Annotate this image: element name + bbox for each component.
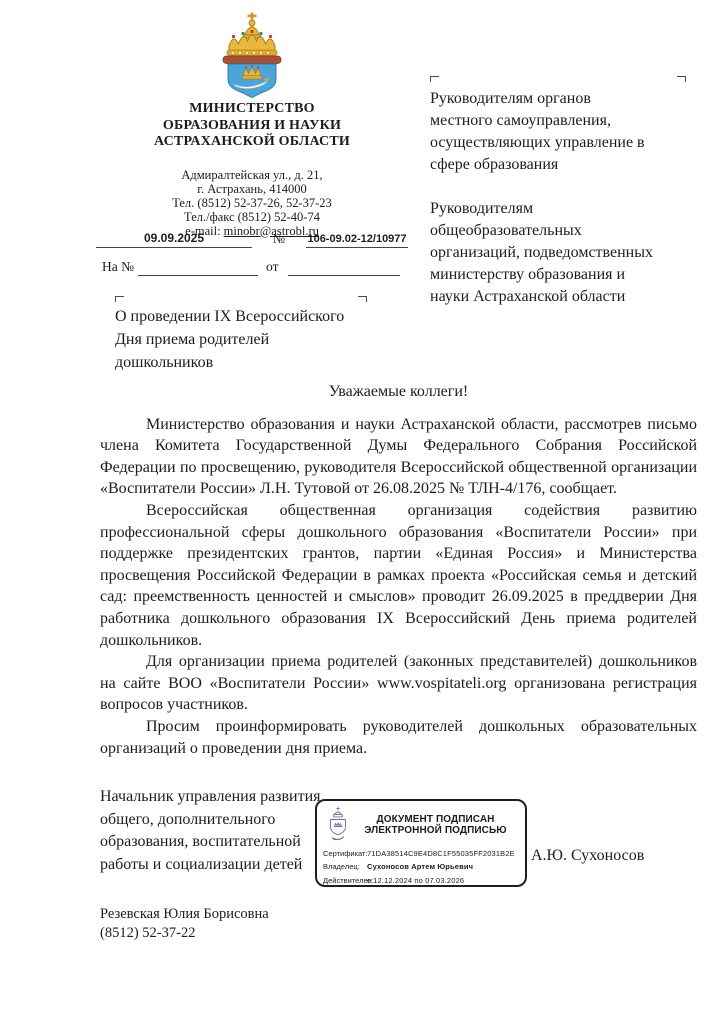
executor-contact: Резевская Юлия Борисовна (8512) 52-37-22 bbox=[100, 905, 269, 942]
address-line: г. Астрахань, 414000 bbox=[96, 182, 408, 196]
reference-row: На № от bbox=[102, 259, 410, 276]
corner-mark-icon bbox=[358, 296, 367, 302]
ministry-address: Адмиралтейская ул., д. 21, г. Астрахань,… bbox=[96, 168, 408, 238]
stamp-validity-value: с 12.12.2024 по 07.03.2026 bbox=[367, 876, 464, 885]
recipient-block: Руководителям органов местного самоуправ… bbox=[430, 76, 686, 308]
stamp-header: ДОКУМЕНТ ПОДПИСАН ЭЛЕКТРОННОЙ ПОДПИСЬЮ bbox=[323, 806, 518, 844]
body-paragraph: Всероссийская общественная организация с… bbox=[100, 500, 697, 651]
body-paragraph: Министерство образования и науки Астраха… bbox=[100, 414, 697, 500]
ministry-title-line: МИНИСТЕРСТВО bbox=[96, 101, 408, 118]
stamp-title-line: ДОКУМЕНТ ПОДПИСАН bbox=[353, 814, 518, 826]
address-line: Тел./факс (8512) 52-40-74 bbox=[96, 210, 408, 224]
subject-line: О проведении IX Всероссийского bbox=[115, 305, 367, 328]
stamp-owner-value: Сухоносов Артем Юрьевич bbox=[367, 862, 473, 871]
recipient-line: сфере образования bbox=[430, 154, 686, 176]
electronic-signature-stamp: ДОКУМЕНТ ПОДПИСАН ЭЛЕКТРОННОЙ ПОДПИСЬЮ С… bbox=[315, 799, 527, 887]
address-line: Тел. (8512) 52-37-26, 52-37-23 bbox=[96, 196, 408, 210]
stamp-owner-label: Владелец: bbox=[323, 862, 367, 871]
letterhead: МИНИСТЕРСТВО ОБРАЗОВАНИЯ И НАУКИ АСТРАХА… bbox=[96, 12, 408, 238]
corner-mark-icon bbox=[430, 76, 439, 82]
recipient-line: министерству образования и bbox=[430, 264, 686, 286]
ref-number-blank bbox=[138, 259, 258, 276]
recipient-line: организаций, подведомственных bbox=[430, 242, 686, 264]
ref-date-blank bbox=[288, 259, 400, 276]
recipient-line: осуществляющих управление в bbox=[430, 132, 686, 154]
letter-page: МИНИСТЕРСТВО ОБРАЗОВАНИЯ И НАУКИ АСТРАХА… bbox=[0, 0, 724, 1024]
subject-line: Дня приема родителей bbox=[115, 328, 367, 351]
corner-mark-icon bbox=[115, 296, 124, 302]
subject-block: О проведении IX Всероссийского Дня прием… bbox=[115, 296, 367, 374]
recipient-group-1: Руководителям органов местного самоуправ… bbox=[430, 88, 686, 176]
stamp-details: Сертификат: 71DA38514C9E4D8C1F55035FF203… bbox=[323, 849, 518, 885]
ref-from-label: от bbox=[266, 259, 282, 276]
recipient-group-2: Руководителям общеобразовательных органи… bbox=[430, 198, 686, 308]
executor-name: Резевская Юлия Борисовна bbox=[100, 905, 269, 924]
stamp-owner-row: Владелец: Сухоносов Артем Юрьевич bbox=[323, 862, 518, 871]
salutation: Уважаемые коллеги! bbox=[100, 381, 697, 403]
recipient-line: Руководителям органов bbox=[430, 88, 686, 110]
address-line: Адмиралтейская ул., д. 21, bbox=[96, 168, 408, 182]
stamp-title: ДОКУМЕНТ ПОДПИСАН ЭЛЕКТРОННОЙ ПОДПИСЬЮ bbox=[353, 814, 518, 837]
astrakhan-coat-of-arms-icon bbox=[202, 12, 302, 98]
executor-phone: (8512) 52-37-22 bbox=[100, 924, 269, 943]
letter-number: 106-09.02-12/10977 bbox=[306, 233, 408, 248]
corner-mark-icon bbox=[677, 76, 686, 82]
stamp-validity-row: Действителен: с 12.12.2024 по 07.03.2026 bbox=[323, 876, 518, 885]
stamp-certificate-row: Сертификат: 71DA38514C9E4D8C1F55035FF203… bbox=[323, 849, 518, 858]
ministry-title-line: ОБРАЗОВАНИЯ И НАУКИ bbox=[96, 118, 408, 135]
outgoing-number-row: 09.09.2025 № 106-09.02-12/10977 bbox=[96, 231, 408, 248]
letter-date: 09.09.2025 bbox=[96, 231, 252, 248]
body-paragraph: Для организации приема родителей (законн… bbox=[100, 651, 697, 716]
ref-label: На № bbox=[102, 259, 138, 276]
recipient-line: Руководителям bbox=[430, 198, 686, 220]
signer-name: А.Ю. Сухоносов bbox=[531, 847, 644, 865]
stamp-certificate-label: Сертификат: bbox=[323, 849, 367, 858]
stamp-validity-label: Действителен: bbox=[323, 876, 367, 885]
subject-line: дошкольников bbox=[115, 351, 367, 374]
letter-body: Уважаемые коллеги! Министерство образова… bbox=[100, 381, 697, 759]
ministry-title-line: АСТРАХАНСКОЙ ОБЛАСТИ bbox=[96, 134, 408, 151]
recipient-line: науки Астраханской области bbox=[430, 286, 686, 308]
body-paragraph: Просим проинформировать руководителей до… bbox=[100, 716, 697, 759]
recipient-line: местного самоуправления, bbox=[430, 110, 686, 132]
recipient-line: общеобразовательных bbox=[430, 220, 686, 242]
number-sign: № bbox=[252, 231, 306, 248]
ministry-title: МИНИСТЕРСТВО ОБРАЗОВАНИЯ И НАУКИ АСТРАХА… bbox=[96, 101, 408, 151]
stamp-title-line: ЭЛЕКТРОННОЙ ПОДПИСЬЮ bbox=[353, 825, 518, 837]
stamp-coat-of-arms-icon bbox=[323, 806, 353, 844]
subject-text: О проведении IX Всероссийского Дня прием… bbox=[115, 305, 367, 374]
stamp-certificate-value: 71DA38514C9E4D8C1F55035FF2031B2E bbox=[367, 849, 515, 858]
